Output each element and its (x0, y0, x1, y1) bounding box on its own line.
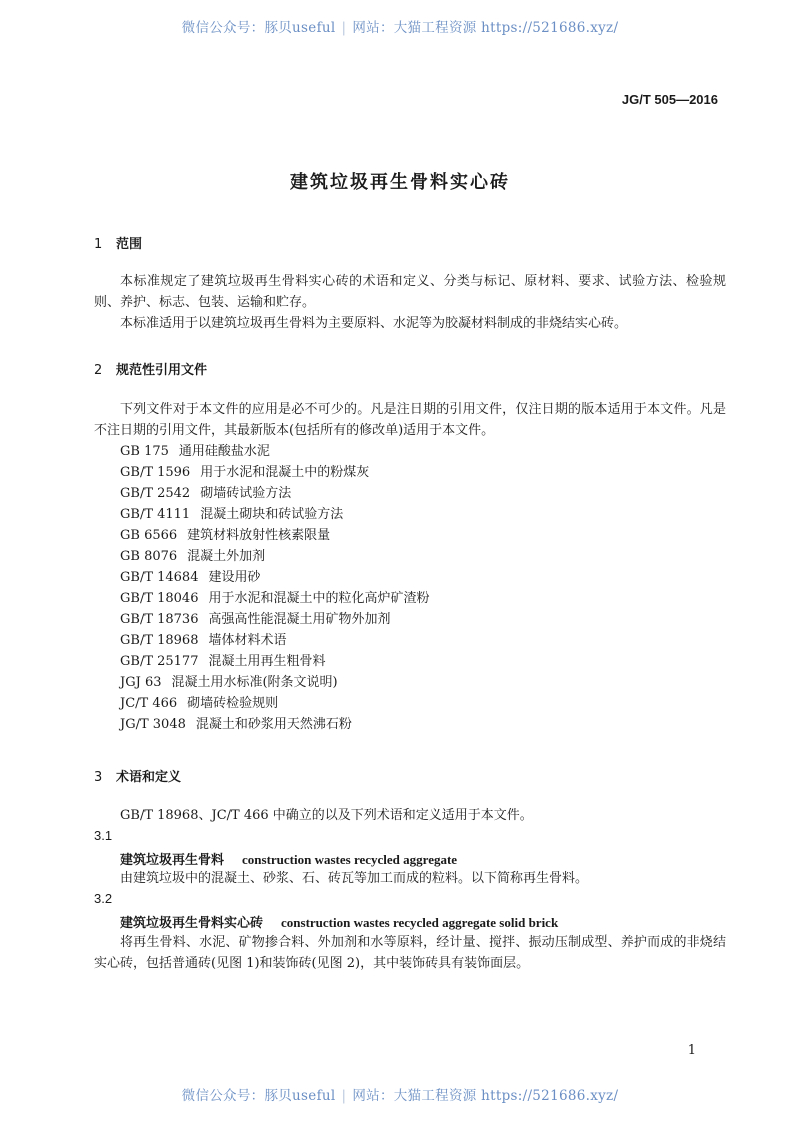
section-number: 1 (94, 237, 116, 252)
section-title: 术语和定义 (116, 770, 181, 785)
section-2-heading: 2规范性引用文件 (94, 359, 207, 378)
reference-item: GB/T 4111混凝土砌块和砖试验方法 (120, 504, 343, 525)
watermark-wechat: 微信公众号：豚贝useful (182, 1088, 336, 1104)
reference-item: GB/T 18046用于水泥和混凝土中的粒化高炉矿渣粉 (120, 588, 430, 609)
section-2-intro: 下列文件对于本文件的应用是必不可少的。凡是注日期的引用文件，仅注日期的版本适用于… (94, 399, 726, 441)
term-en: construction wastes recycled aggregate s… (281, 915, 558, 930)
section-3-heading: 3术语和定义 (94, 766, 181, 785)
section-number: 2 (94, 363, 116, 378)
page-number: 1 (688, 1043, 696, 1058)
term-number: 3.2 (94, 891, 112, 906)
section-title: 范围 (116, 237, 142, 252)
reference-item: GB/T 14684建设用砂 (120, 567, 261, 588)
reference-item: GB/T 1596用于水泥和混凝土中的粉煤灰 (120, 462, 369, 483)
reference-item: GB/T 25177混凝土用再生粗骨料 (120, 651, 326, 672)
term-heading: 建筑垃圾再生骨料construction wastes recycled agg… (120, 849, 457, 868)
term-number: 3.1 (94, 828, 112, 843)
section-1-paragraph-2: 本标准适用于以建筑垃圾再生骨料为主要原料、水泥等为胶凝材料制成的非烧结实心砖。 (94, 313, 726, 334)
watermark-separator: | (341, 1088, 346, 1104)
watermark-site: 网站：大猫工程资源 https://521686.xyz/ (352, 20, 618, 36)
term-zh: 建筑垃圾再生骨料实心砖 (120, 916, 263, 931)
reference-item: GB/T 18968墙体材料术语 (120, 630, 287, 651)
reference-item: GB 8076混凝土外加剂 (120, 546, 265, 567)
reference-item: GB 175通用硅酸盐水泥 (120, 441, 270, 462)
section-title: 规范性引用文件 (116, 363, 207, 378)
reference-item: JGJ 63混凝土用水标准(附条文说明) (120, 672, 338, 693)
reference-item: JC/T 466砌墙砖检验规则 (120, 693, 278, 714)
term-heading: 建筑垃圾再生骨料实心砖construction wastes recycled … (120, 912, 558, 931)
section-1-paragraph-1: 本标准规定了建筑垃圾再生骨料实心砖的术语和定义、分类与标记、原材料、要求、试验方… (94, 271, 726, 313)
watermark-site: 网站：大猫工程资源 https://521686.xyz/ (352, 1088, 618, 1104)
section-number: 3 (94, 770, 116, 785)
watermark-separator: | (341, 20, 346, 36)
reference-item: GB/T 18736高强高性能混凝土用矿物外加剂 (120, 609, 391, 630)
section-3-intro: GB/T 18968、JC/T 466 中确立的以及下列术语和定义适用于本文件。 (94, 805, 726, 826)
watermark-top: 微信公众号：豚贝useful|网站：大猫工程资源 https://521686.… (0, 16, 800, 36)
term-zh: 建筑垃圾再生骨料 (120, 853, 224, 868)
reference-item: JG/T 3048混凝土和砂浆用天然沸石粉 (120, 714, 352, 735)
term-definition: 将再生骨料、水泥、矿物掺合料、外加剂和水等原料，经计量、搅拌、振动压制成型、养护… (94, 932, 726, 974)
watermark-bottom: 微信公众号：豚贝useful|网站：大猫工程资源 https://521686.… (0, 1084, 800, 1104)
standard-code: JG/T 505—2016 (622, 92, 718, 107)
term-definition: 由建筑垃圾中的混凝土、砂浆、石、砖瓦等加工而成的粒料。以下简称再生骨料。 (94, 868, 726, 889)
document-title: 建筑垃圾再生骨料实心砖 (0, 168, 800, 194)
watermark-wechat: 微信公众号：豚贝useful (182, 20, 336, 36)
reference-item: GB/T 2542砌墙砖试验方法 (120, 483, 291, 504)
term-en: construction wastes recycled aggregate (242, 852, 457, 867)
reference-item: GB 6566建筑材料放射性核素限量 (120, 525, 330, 546)
section-1-heading: 1范围 (94, 233, 142, 252)
